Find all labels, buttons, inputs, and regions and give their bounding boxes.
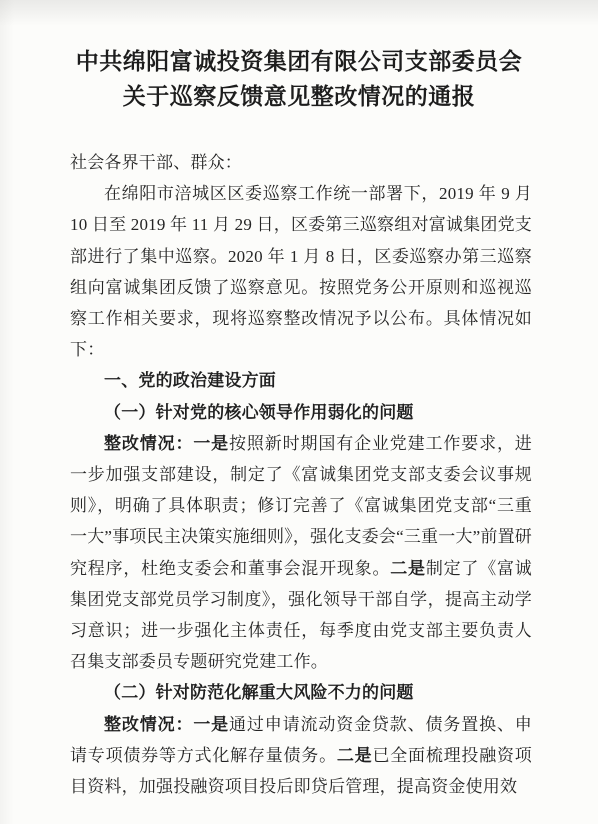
- rectification-label-2: 整改情况：: [104, 715, 193, 734]
- intro-paragraph: 在绵阳市涪城区区委巡察工作统一部署下，2019 年 9 月 10 日至 2019…: [70, 178, 532, 365]
- rectification-paragraph-1: 整改情况：一是按照新时期国有企业党建工作要求，进一步加强支部建设，制定了《富诚集…: [70, 428, 532, 678]
- salutation: 社会各界干部、群众：: [70, 147, 532, 178]
- ordinal-second: 二是: [390, 559, 426, 578]
- ordinal-first-2: 一是: [193, 715, 229, 734]
- document-title: 中共绵阳富诚投资集团有限公司支部委员会 关于巡察反馈意见整改情况的通报: [30, 44, 568, 114]
- ordinal-first: 一是: [193, 434, 229, 453]
- rectification-label: 整改情况：: [104, 434, 193, 453]
- title-line-2: 关于巡察反馈意见整改情况的通报: [30, 79, 568, 114]
- subsection-heading-1-1: （一）针对党的核心领导作用弱化的问题: [70, 397, 532, 428]
- ordinal-second-2: 二是: [337, 746, 373, 765]
- rectification-paragraph-2: 整改情况：一是通过申请流动资金贷款、债务置换、申请专项债券等方式化解存量债务。二…: [70, 709, 532, 803]
- document-body: 社会各界干部、群众： 在绵阳市涪城区区委巡察工作统一部署下，2019 年 9 月…: [0, 147, 598, 802]
- rectification-text-1a: 按照新时期国有企业党建工作要求，进一步加强支部建设，制定了《富诚集团党支部支委会…: [70, 434, 532, 578]
- title-line-1: 中共绵阳富诚投资集团有限公司支部委员会: [30, 44, 568, 79]
- section-heading-1: 一、党的政治建设方面: [70, 365, 532, 396]
- scanned-document-page: 中共绵阳富诚投资集团有限公司支部委员会 关于巡察反馈意见整改情况的通报 社会各界…: [0, 0, 598, 824]
- subsection-heading-1-2: （二）针对防范化解重大风险不力的问题: [70, 677, 532, 708]
